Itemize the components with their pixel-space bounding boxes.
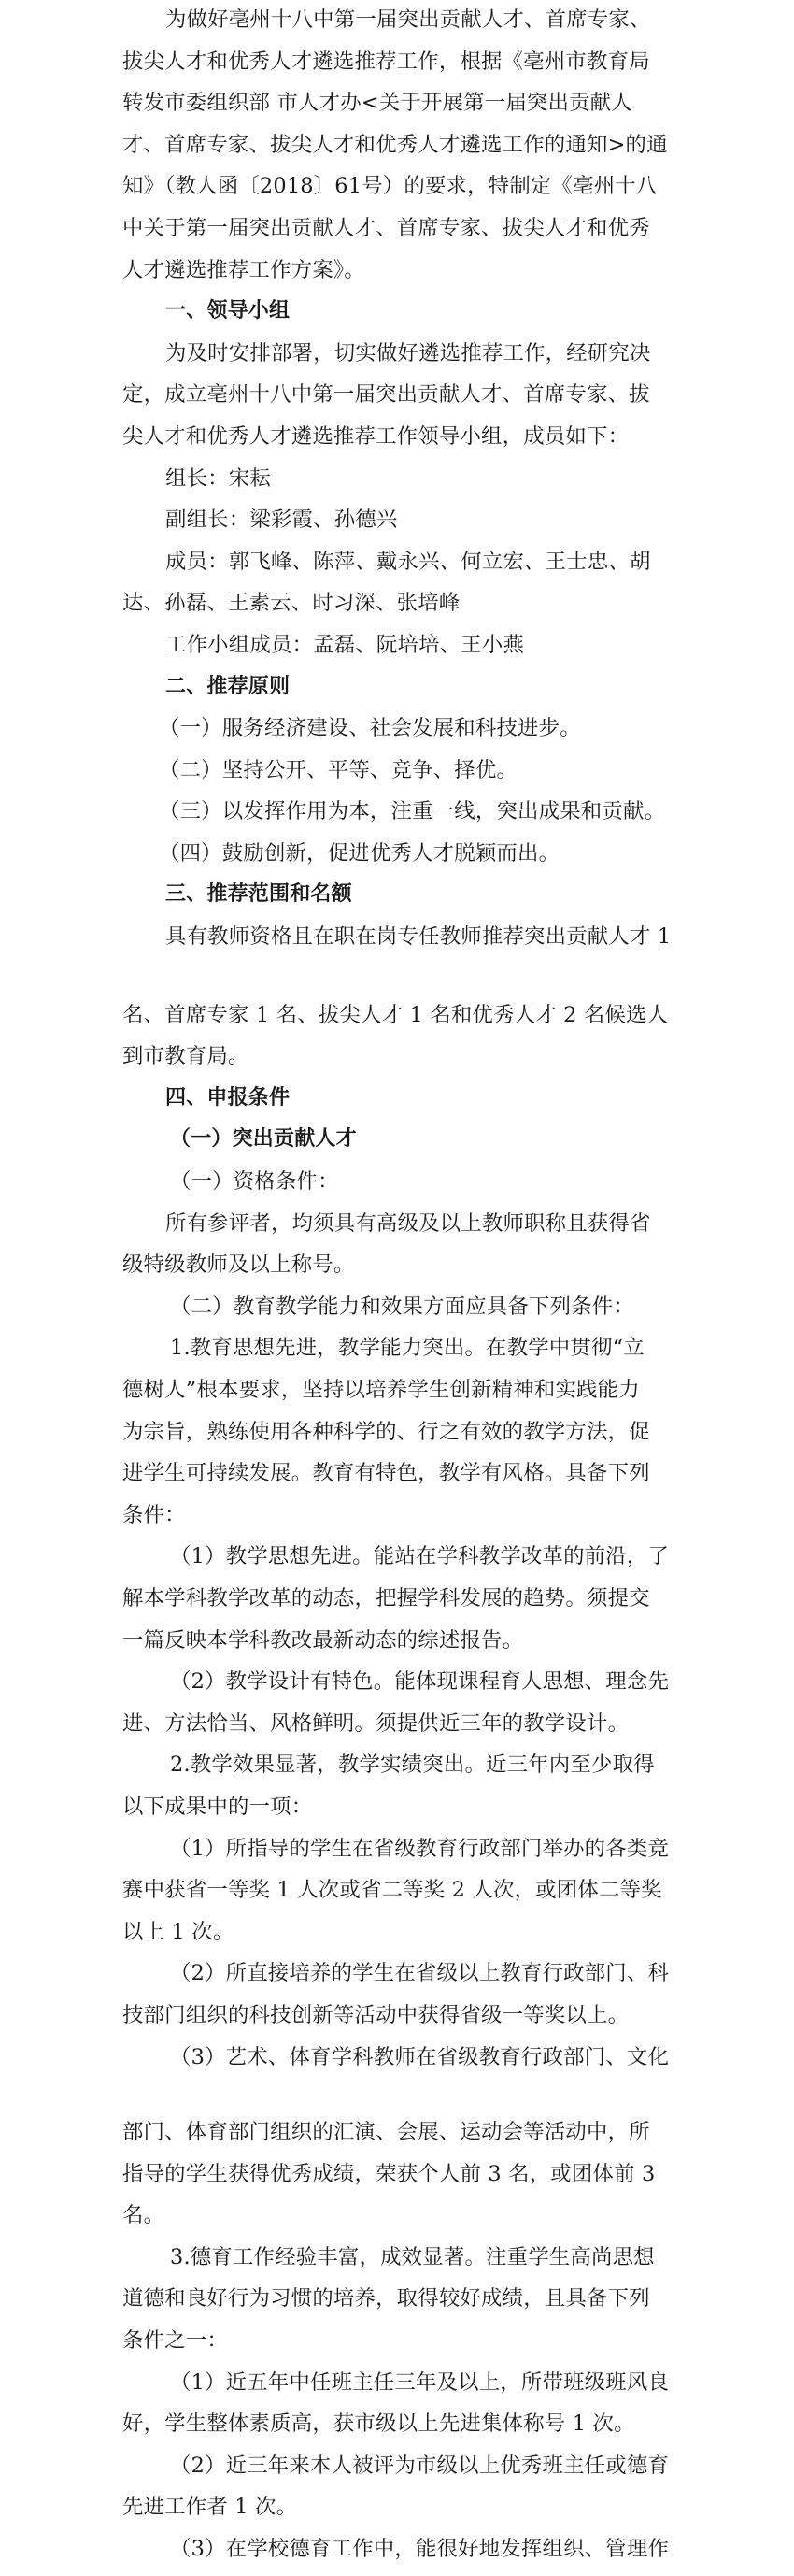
group-deputy: 副组长：梁彩霞、孙德兴 [122,499,664,541]
intro-line: 为做好亳州十八中第一届突出贡献人才、首席专家、 [122,0,664,41]
sub-item-line: 技部门组织的科技创新等活动中获得省级一等奖以上。 [122,1995,664,2037]
point-line: 道德和良好行为习惯的培养，取得较好成绩，且具备下列 [122,2278,664,2320]
ability-heading: （二）教育教学能力和效果方面应具备下列条件： [122,1286,664,1328]
intro-line: 中关于第一届突出贡献人才、首席专家、拔尖人才和优秀 [122,208,664,250]
subsection-heading: （一）突出贡献人才 [122,1119,664,1161]
body-line: 尖人才和优秀人才遴选推荐工作领导小组，成员如下： [122,416,664,458]
section-heading: 二、推荐原则 [122,666,664,708]
intro-line: 人才遴选推荐工作方案》。 [122,250,664,292]
body-line: 级特级教师及以上称号。 [122,1244,664,1286]
section-heading: 四、申报条件 [122,1078,664,1120]
point-line: 为宗旨，熟练使用各种科学的、行之有效的教学方法，促 [122,1411,664,1453]
point-line: 进学生可持续发展。教育有特色，教学有风格。具备下列 [122,1453,664,1495]
body-line: 到市教育局。 [122,1036,664,1078]
section-heading: 三、推荐范围和名额 [122,874,664,916]
intro-paragraph: 为做好亳州十八中第一届突出贡献人才、首席专家、 拔尖人才和优秀人才遴选推荐工作，… [122,0,664,291]
intro-line: 知》（教人函〔2018〕61号）的要求，特制定《亳州十八 [122,165,664,208]
intro-line: 转发市委组织部 市人才办<关于开展第一届突出贡献人 [122,82,664,124]
sub-item-line: 名。 [122,2195,664,2237]
sub-item-line: （2）所直接培养的学生在省级以上教育行政部门、科 [122,1953,664,1995]
sub-item-line: （3）在学校德育工作中，能很好地发挥组织、管理作 [122,2528,664,2570]
point-line: 1.教育思想先进，教学能力突出。在教学中贯彻“立 [122,1327,664,1369]
body-line: 定，成立亳州十八中第一届突出贡献人才、首席专家、拔 [122,374,664,416]
section-scope-quota: 三、推荐范围和名额 具有教师资格且在职在岗专任教师推荐突出贡献人才 1 名、首席… [122,874,664,1077]
principle-item: （二）坚持公开、平等、竞争、择优。 [122,750,664,792]
section-heading: 一、领导小组 [122,291,664,333]
point-line: 条件： [122,1495,664,1537]
principle-item: （一）服务经济建设、社会发展和科技进步。 [122,708,664,750]
body-line: 所有参评者，均须具有高级及以上教师职称且获得省 [122,1203,664,1245]
section-leadership-group: 一、领导小组 为及时安排部署，切实做好遴选推荐工作，经研究决 定，成立亳州十八中… [122,291,664,665]
sub-item-line: 一篇反映本学科教改最新动态的综述报告。 [122,1620,664,1662]
group-leader: 组长：宋耘 [122,458,664,500]
point-line: 条件之一： [122,2320,664,2362]
sub-item-line: 进、方法恰当、风格鲜明。须提供近三年的教学设计。 [122,1703,664,1745]
body-line: 为及时安排部署，切实做好遴选推荐工作，经研究决 [122,333,664,375]
sub-item-line: 指导的学生获得优秀成绩，荣获个人前 3 名，或团体前 3 [122,2154,664,2196]
section-principles: 二、推荐原则 （一）服务经济建设、社会发展和科技进步。 （二）坚持公开、平等、竞… [122,666,664,875]
sub-item-line: 解本学科教学改革的动态，把握学科发展的趋势。须提交 [122,1578,664,1620]
point-line: 2.教学效果显著，教学实绩突出。近三年内至少取得 [122,1744,664,1786]
point-line: 德树人”根本要求，坚持以培养学生创新精神和实践能力 [122,1369,664,1411]
working-group: 工作小组成员：孟磊、阮培培、王小燕 [122,624,664,666]
intro-line: 才、首席专家、拔尖人才和优秀人才遴选工作的通知>的通 [122,124,664,166]
point-line: 以下成果中的一项： [122,1786,664,1828]
sub-item-line: 赛中获省一等奖 1 人次或省二等奖 2 人次，或团体二等奖 [122,1869,664,1911]
principle-item: （四）鼓励创新，促进优秀人才脱颖而出。 [122,833,664,875]
intro-line: 拔尖人才和优秀人才遴选推荐工作，根据《亳州市教育局 [122,41,664,83]
group-members: 成员：郭飞峰、陈萍、戴永兴、何立宏、王士忠、胡 [122,541,664,583]
sub-item-line: 好，学生整体素质高，获市级以上先进集体称号 1 次。 [122,2403,664,2445]
principle-item: （三）以发挥作用为本，注重一线，突出成果和贡献。 [122,791,664,833]
sub-item-line: 先进工作者 1 次。 [122,2486,664,2528]
sub-item-line: 以上 1 次。 [122,1911,664,1953]
group-members: 达、孙磊、王素云、时习深、张培峰 [122,582,664,624]
page-break-gap [122,2078,664,2111]
sub-item-line: 部门、体育部门组织的汇演、会展、运动会等活动中，所 [122,2111,664,2154]
sub-item-line: （2）近三年来本人被评为市级以上优秀班主任或德育 [122,2445,664,2487]
document-page: 为做好亳州十八中第一届突出贡献人才、首席专家、 拔尖人才和优秀人才遴选推荐工作，… [122,0,664,2570]
qualification-heading: （一）资格条件： [122,1161,664,1203]
sub-item-line: （1）所指导的学生在省级教育行政部门举办的各类竞 [122,1828,664,1870]
page-break-gap [122,958,664,995]
sub-item-line: （1）近五年中任班主任三年及以上，所带班级班风良 [122,2362,664,2404]
body-line: 具有教师资格且在职在岗专任教师推荐突出贡献人才 1 [122,916,664,958]
sub-item-line: （1）教学思想先进。能站在学科教学改革的前沿，了 [122,1536,664,1578]
body-line: 名、首席专家 1 名、拔尖人才 1 名和优秀人才 2 名候选人 [122,995,664,1037]
section-application-conditions: 四、申报条件 （一）突出贡献人才 （一）资格条件： 所有参评者，均须具有高级及以… [122,1078,664,2570]
point-line: 3.德育工作经验丰富，成效显著。注重学生高尚思想 [122,2237,664,2279]
sub-item-line: （3）艺术、体育学科教师在省级教育行政部门、文化 [122,2037,664,2079]
sub-item-line: （2）教学设计有特色。能体现课程育人思想、理念先 [122,1661,664,1703]
